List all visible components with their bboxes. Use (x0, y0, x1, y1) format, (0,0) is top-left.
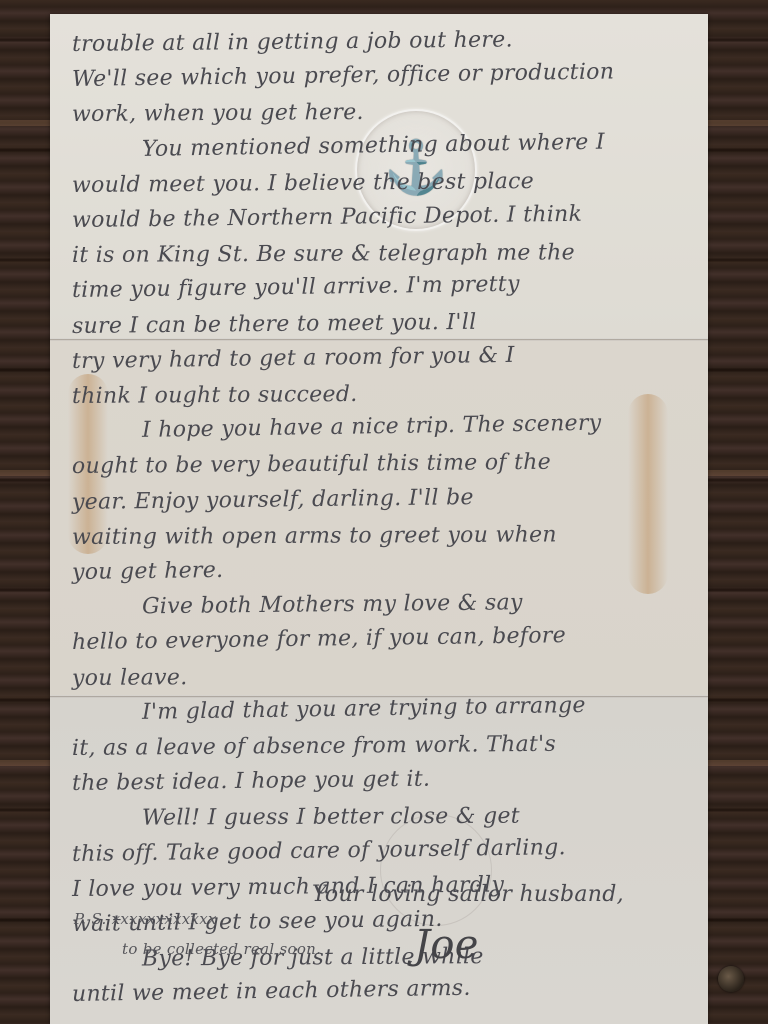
letter-line: it is on King St. Be sure & telegraph me… (72, 241, 575, 269)
letter-line: Well! I guess I better close & get (72, 804, 520, 831)
letter-line: year. Enjoy yourself, darling. I'll be (72, 485, 474, 515)
letter-line: work, when you get here. (72, 100, 364, 127)
letter-line: waiting with open arms to greet you when (72, 522, 557, 550)
water-stain (628, 394, 668, 594)
letter-line: sure I can be there to meet you. I'll (72, 309, 477, 338)
letter-line: think I ought to succeed. (72, 382, 358, 409)
closing: Your loving sailor husband, (312, 882, 624, 907)
letter-line: ought to be very beautiful this time of … (72, 450, 551, 479)
letter-line: you get here. (72, 558, 224, 585)
signature: Joe (414, 922, 479, 968)
letter-line: it, as a leave of absence from work. Tha… (72, 732, 556, 761)
fold-crease (50, 338, 708, 341)
letter-line: you leave. (72, 665, 188, 691)
postscript-line-1: P. S. xxxxxxxxxxxx (74, 910, 217, 928)
letter-line: Give both Mothers my love & say (72, 590, 523, 620)
postscript-line-2: to be collected real soon. (122, 940, 321, 958)
letter-line: the best idea. I hope you get it. (72, 767, 431, 796)
letter-line: would meet you. I believe the best place (72, 169, 534, 198)
nail-head (718, 966, 744, 992)
letter-line: trouble at all in getting a job out here… (72, 27, 513, 57)
letter-page: ⚓ trouble at all in getting a job out he… (50, 14, 708, 1024)
